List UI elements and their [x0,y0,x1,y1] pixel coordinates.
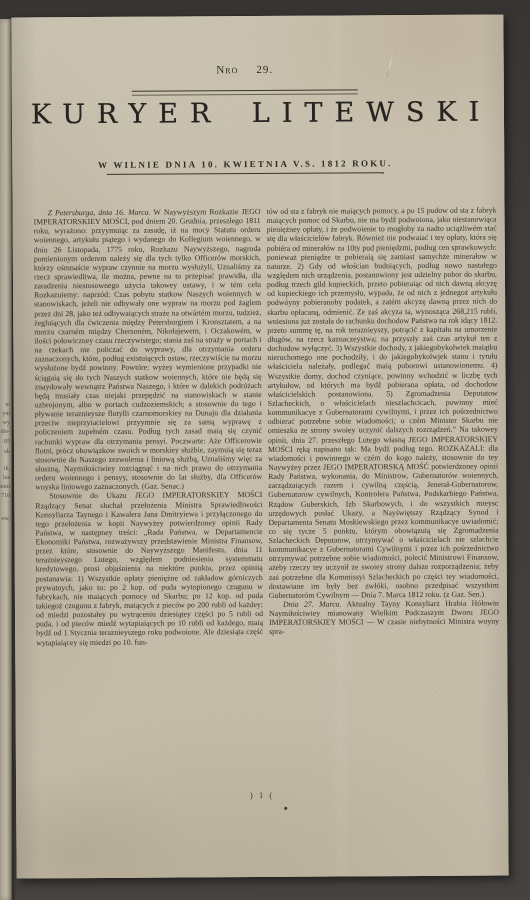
facing-page-edge: m ym wy die- 85 ok ik, lus Semi 710 ow, [0,19,12,900]
newspaper-page: Nro29. KURYER LITEWSKI W WILNIE DNIA 10.… [11,15,508,879]
article-paragraph: Dnia 27. Marca. Aktualny Tayny Konsyliar… [269,599,499,637]
text-column-right: tów od sta z fabryk nie maiących pomocy,… [267,206,501,801]
paragraph-text: tów od sta z fabryk nie maiących pomocy,… [267,206,499,600]
page-edge-fragment: m [5,402,10,408]
text-column-left: Z Petersburga, dnia 16. Marca. W Naywyżs… [34,207,265,802]
issue-number-value: 29. [256,64,273,76]
page-edge-fragment: ik, [4,466,10,472]
issue-number-line: Nro29. [0,63,491,78]
page-number-signature: ) 1 ( [222,790,302,800]
page-edge-fragment: 85 [4,439,10,445]
page-edge-fragment: lus [3,475,10,481]
paragraph-text: Stosownie do Ukazu JEGO IMPERATORSKIEY M… [35,490,263,647]
article-paragraph: Z Petersburga, dnia 16. Marca. W Naywyżs… [34,207,263,492]
page-edge-fragment: wy [3,420,10,426]
article-paragraph: tów od sta z fabryk nie maiących pomocy,… [267,206,499,600]
paragraph-dateline-lead: Dnia 27. Marca. [283,600,342,609]
page-edge-fragment: die- [1,429,10,435]
dateline-rule [107,172,384,175]
page-edge-fragment: ym [2,411,10,417]
header-double-rule [132,89,358,95]
issue-number-label: Nro [216,64,238,76]
article-paragraph: Stosownie do Ukazu JEGO IMPERATORSKIEY M… [35,490,263,647]
newspaper-title: KURYER LITEWSKI [12,97,504,131]
paragraph-text: W Naywyższym Rozkazie JEGO IMPERATORSKIE… [34,207,263,492]
page-edge-fragment: ok [4,449,10,455]
dateline: W WILNIE DNIA 10. KWIETNIA V.S. 1812 ROK… [0,158,491,171]
page-edge-fragment: 710 [1,493,10,499]
page-edge-fragment: Semi [0,484,10,490]
ink-speck [284,807,287,810]
page-edge-fragment: ow, [2,516,10,522]
